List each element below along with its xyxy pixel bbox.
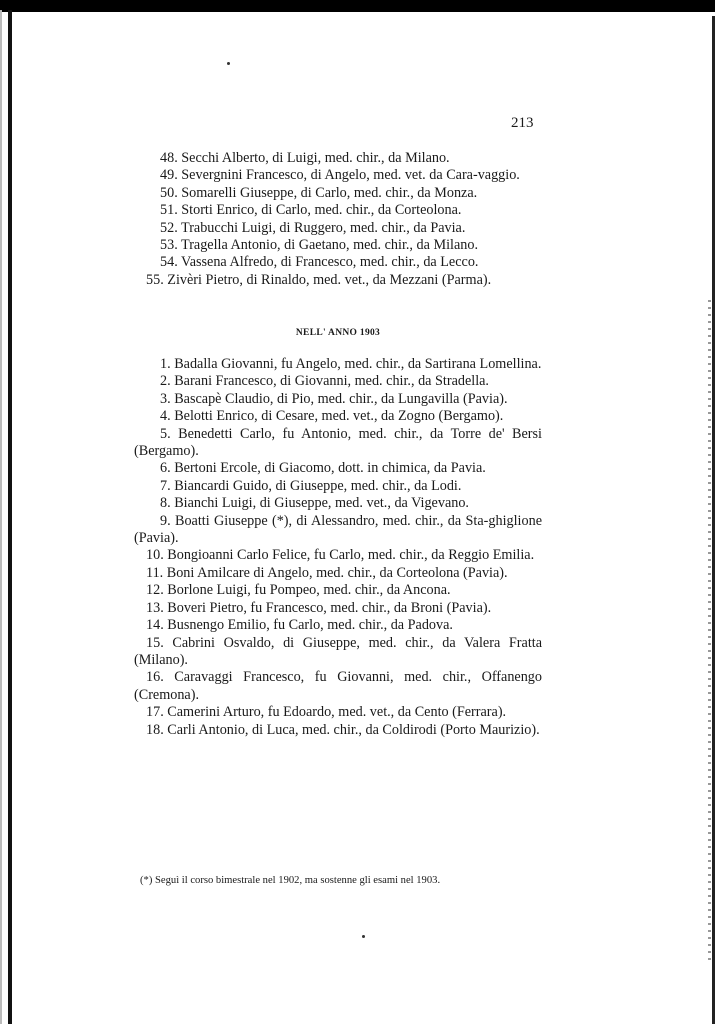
list-item: 17. Camerini Arturo, fu Edoardo, med. ve…: [134, 704, 542, 721]
list-item: 7. Biancardi Guido, di Giuseppe, med. ch…: [134, 478, 542, 495]
entry-list-1903: 1. Badalla Giovanni, fu Angelo, med. chi…: [134, 356, 542, 739]
entry-list-previous-year: 48. Secchi Alberto, di Luigi, med. chir.…: [134, 150, 542, 289]
scan-top-border: [0, 0, 715, 12]
list-item: 1. Badalla Giovanni, fu Angelo, med. chi…: [134, 356, 542, 373]
list-item: 6. Bertoni Ercole, di Giacomo, dott. in …: [134, 460, 542, 477]
list-item: 54. Vassena Alfredo, di Francesco, med. …: [134, 254, 542, 271]
list-item: 13. Boveri Pietro, fu Francesco, med. ch…: [134, 600, 542, 617]
list-item: 50. Somarelli Giuseppe, di Carlo, med. c…: [134, 185, 542, 202]
list-item: 11. Boni Amilcare di Angelo, med. chir.,…: [134, 565, 542, 582]
list-item: 14. Busnengo Emilio, fu Carlo, med. chir…: [134, 617, 542, 634]
list-item: 8. Bianchi Luigi, di Giuseppe, med. vet.…: [134, 495, 542, 512]
list-item: 52. Trabucchi Luigi, di Ruggero, med. ch…: [134, 220, 542, 237]
footnote: (*) Seguì il corso bimestrale nel 1902, …: [140, 872, 550, 889]
list-item: 18. Carli Antonio, di Luca, med. chir., …: [134, 722, 542, 739]
scan-speck: [362, 935, 365, 938]
list-item: 12. Borlone Luigi, fu Pompeo, med. chir.…: [134, 582, 542, 599]
list-item: 2. Barani Francesco, di Giovanni, med. c…: [134, 373, 542, 390]
scan-left-border: [8, 10, 12, 1024]
scan-speck: [227, 62, 230, 65]
list-item: 51. Storti Enrico, di Carlo, med. chir.,…: [134, 202, 542, 219]
list-item: 10. Bongioanni Carlo Felice, fu Carlo, m…: [134, 547, 542, 564]
list-item: 5. Benedetti Carlo, fu Antonio, med. chi…: [134, 426, 542, 461]
list-item: 15. Cabrini Osvaldo, di Giuseppe, med. c…: [134, 635, 542, 670]
section-heading: NELL' ANNO 1903: [134, 325, 542, 342]
list-item: 9. Boatti Giuseppe (*), di Alessandro, m…: [134, 513, 542, 548]
page-number: 213: [511, 115, 534, 132]
list-item: 53. Tragella Antonio, di Gaetano, med. c…: [134, 237, 542, 254]
list-item: 49. Severgnini Francesco, di Angelo, med…: [134, 167, 542, 184]
list-item: 4. Belotti Enrico, di Cesare, med. vet.,…: [134, 408, 542, 425]
list-item: 16. Caravaggi Francesco, fu Giovanni, me…: [134, 669, 542, 704]
scan-left-margin: [0, 10, 2, 1024]
list-item: 48. Secchi Alberto, di Luigi, med. chir.…: [134, 150, 542, 167]
list-item: 3. Bascapè Claudio, di Pio, med. chir., …: [134, 391, 542, 408]
scan-right-speckle: [708, 300, 711, 960]
list-item: 55. Zivèri Pietro, di Rinaldo, med. vet.…: [134, 272, 542, 289]
